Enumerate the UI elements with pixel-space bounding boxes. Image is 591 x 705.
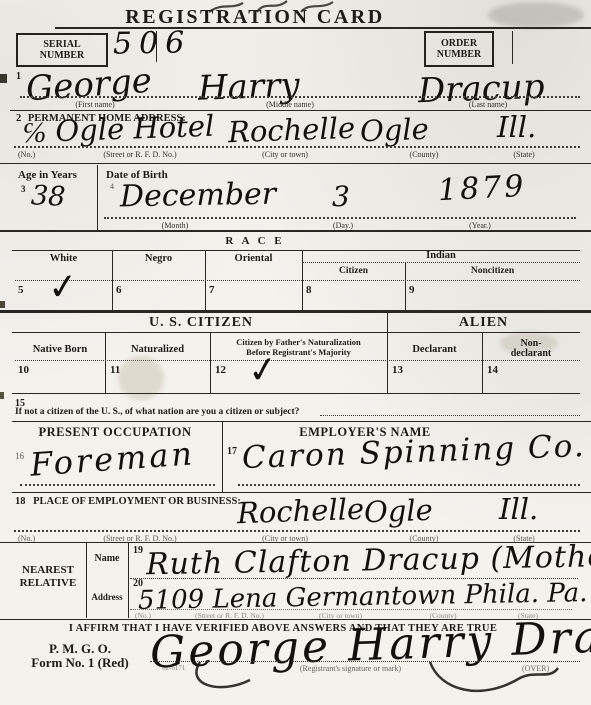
serial-number-label-line1: SERIAL bbox=[43, 39, 80, 51]
citizen-num-13: 13 bbox=[392, 364, 403, 376]
middle-name-label: (Middle name) bbox=[230, 100, 350, 109]
nation-answer-line bbox=[320, 415, 580, 416]
citizen-num-12: 12 bbox=[215, 364, 226, 376]
occupation-divider bbox=[222, 421, 223, 492]
race-header-indian-citizen: Citizen bbox=[302, 266, 405, 276]
race-num-6: 6 bbox=[116, 284, 122, 296]
declarant-header: Declarant bbox=[387, 344, 482, 355]
occupation-script: Foreman bbox=[29, 437, 196, 480]
order-number-box: ORDER NUMBER bbox=[424, 31, 494, 67]
address-label-state: (State) bbox=[494, 150, 554, 159]
signature-flourish bbox=[180, 660, 560, 705]
address-baseline bbox=[14, 146, 580, 148]
employment-county-script: Ogle bbox=[364, 496, 434, 527]
citizen-bottom-rule bbox=[12, 393, 580, 394]
relative-name-row-label: Name bbox=[87, 553, 127, 564]
order-number-label-line2: NUMBER bbox=[437, 49, 481, 61]
citizen-numbers-rule bbox=[15, 360, 580, 361]
race-indian-underline bbox=[302, 262, 580, 263]
item17-number: 17 bbox=[227, 446, 237, 457]
employer-script: Caron Spinning Co. bbox=[242, 431, 587, 474]
address-label-city: (City or town) bbox=[232, 150, 338, 159]
order-number-label-line1: ORDER bbox=[441, 38, 477, 50]
birth-year-script: 1879 bbox=[437, 172, 527, 207]
dob-label-year: (Year.) bbox=[450, 221, 510, 230]
name-baseline bbox=[20, 96, 580, 98]
street-script: ℅ Ogle Hotel bbox=[22, 112, 215, 148]
citizen-col-divider-1 bbox=[105, 332, 106, 393]
address-label-no: (No.) bbox=[18, 150, 35, 159]
race-num-7: 7 bbox=[209, 284, 215, 296]
registration-card: REGISTRATION CARD SERIAL NUMBER 506 ORDE… bbox=[0, 0, 591, 705]
birth-month-script: December bbox=[120, 180, 277, 213]
father-naturalization-checkmark: ✓ bbox=[246, 351, 281, 391]
dob-baseline bbox=[104, 217, 576, 219]
serial-number-box: SERIAL NUMBER bbox=[16, 33, 108, 67]
race-num-9: 9 bbox=[409, 284, 415, 296]
race-header-indian-noncitizen: Noncitizen bbox=[405, 266, 580, 276]
item16-number: 16 bbox=[15, 451, 24, 461]
race-header-indian: Indian bbox=[302, 250, 580, 261]
edge-mark-3 bbox=[0, 392, 4, 399]
relative-address-row-label: Address bbox=[86, 592, 128, 602]
relative-divider-2 bbox=[128, 542, 129, 618]
citizen-col-divider-2 bbox=[210, 332, 211, 393]
race-dash-line bbox=[15, 280, 580, 281]
address-label-street: (Street or R. F. D. No.) bbox=[78, 150, 202, 159]
race-title: R A C E bbox=[180, 235, 330, 247]
citizen-num-10: 10 bbox=[18, 364, 29, 376]
nearest-relative-label-line2: RELATIVE bbox=[12, 577, 84, 590]
county-script: Ogle bbox=[360, 115, 430, 146]
race-num-5: 5 bbox=[18, 284, 24, 296]
employment-state-script: Ill. bbox=[499, 495, 538, 524]
item3-number: 3 bbox=[21, 184, 26, 194]
alien-header: ALIEN bbox=[387, 315, 580, 331]
rule-below-dob bbox=[0, 230, 591, 232]
first-name-label: (First name) bbox=[45, 100, 145, 109]
employment-heading: 18 PLACE OF EMPLOYMENT OR BUSINESS: bbox=[15, 496, 241, 507]
native-born-header: Native Born bbox=[15, 344, 105, 355]
city-script: Rochelle bbox=[228, 114, 356, 147]
form-number-line2: Form No. 1 (Red) bbox=[2, 655, 158, 671]
race-num-8: 8 bbox=[306, 284, 312, 296]
occupation-baseline bbox=[20, 484, 215, 486]
scan-smudge-top-right bbox=[488, 2, 584, 28]
order-box-divider bbox=[512, 31, 513, 64]
employer-baseline bbox=[238, 484, 580, 486]
race-white-checkmark: ✓ bbox=[46, 269, 80, 308]
non-declarant-header-line2: declarant bbox=[482, 348, 580, 359]
father-naturalization-header-line2: Before Registrant's Majority bbox=[212, 347, 385, 357]
serial-number-value: 506 bbox=[113, 28, 192, 59]
race-header-oriental: Oriental bbox=[205, 253, 302, 264]
item19-number: 19 bbox=[133, 545, 143, 556]
race-bottom-rule bbox=[0, 310, 591, 313]
naturalized-header: Naturalized bbox=[105, 344, 210, 355]
us-citizen-header: U. S. CITIZEN bbox=[15, 315, 387, 331]
item4-number: 4 bbox=[110, 182, 114, 191]
edge-mark-2 bbox=[0, 301, 5, 308]
rule-below-address bbox=[0, 163, 591, 164]
father-naturalization-header-line1: Citizen by Father's Naturalization bbox=[212, 337, 385, 347]
state-script: Ill. bbox=[497, 113, 536, 142]
address-label-county: (County) bbox=[388, 150, 460, 159]
employment-label: PLACE OF EMPLOYMENT OR BUSINESS: bbox=[33, 496, 241, 507]
age-label: Age in Years bbox=[18, 169, 77, 181]
item18-number: 18 bbox=[15, 496, 26, 507]
nearest-relative-label: NEAREST RELATIVE bbox=[12, 564, 84, 590]
age-value-script: 38 bbox=[30, 182, 66, 211]
rule-above-occupation bbox=[12, 421, 591, 422]
employment-city-script: Rochelle bbox=[237, 495, 365, 528]
item1-number: 1 bbox=[16, 71, 21, 82]
relative-name-script: Ruth Clafton Dracup (Mother) bbox=[146, 542, 591, 581]
citizen-num-14: 14 bbox=[487, 364, 498, 376]
last-name-label: (Last name) bbox=[428, 100, 548, 109]
citizen-header-rule bbox=[12, 332, 580, 333]
edge-mark-1 bbox=[0, 74, 7, 83]
serial-number-label-line2: NUMBER bbox=[40, 50, 84, 62]
age-cell-divider bbox=[97, 165, 98, 231]
dob-label-day: (Day.) bbox=[318, 221, 368, 230]
serial-divider-mark bbox=[156, 31, 157, 62]
nearest-relative-label-line1: NEAREST bbox=[12, 564, 84, 577]
race-header-negro: Negro bbox=[112, 253, 205, 264]
race-header-white: White bbox=[15, 253, 112, 264]
birth-day-script: 3 bbox=[332, 183, 350, 211]
nation-question: If not a citizen of the U. S., of what n… bbox=[15, 407, 299, 417]
employment-baseline bbox=[14, 530, 580, 532]
relative-address-baseline bbox=[130, 609, 572, 610]
dob-label-month: (Month) bbox=[135, 221, 215, 230]
